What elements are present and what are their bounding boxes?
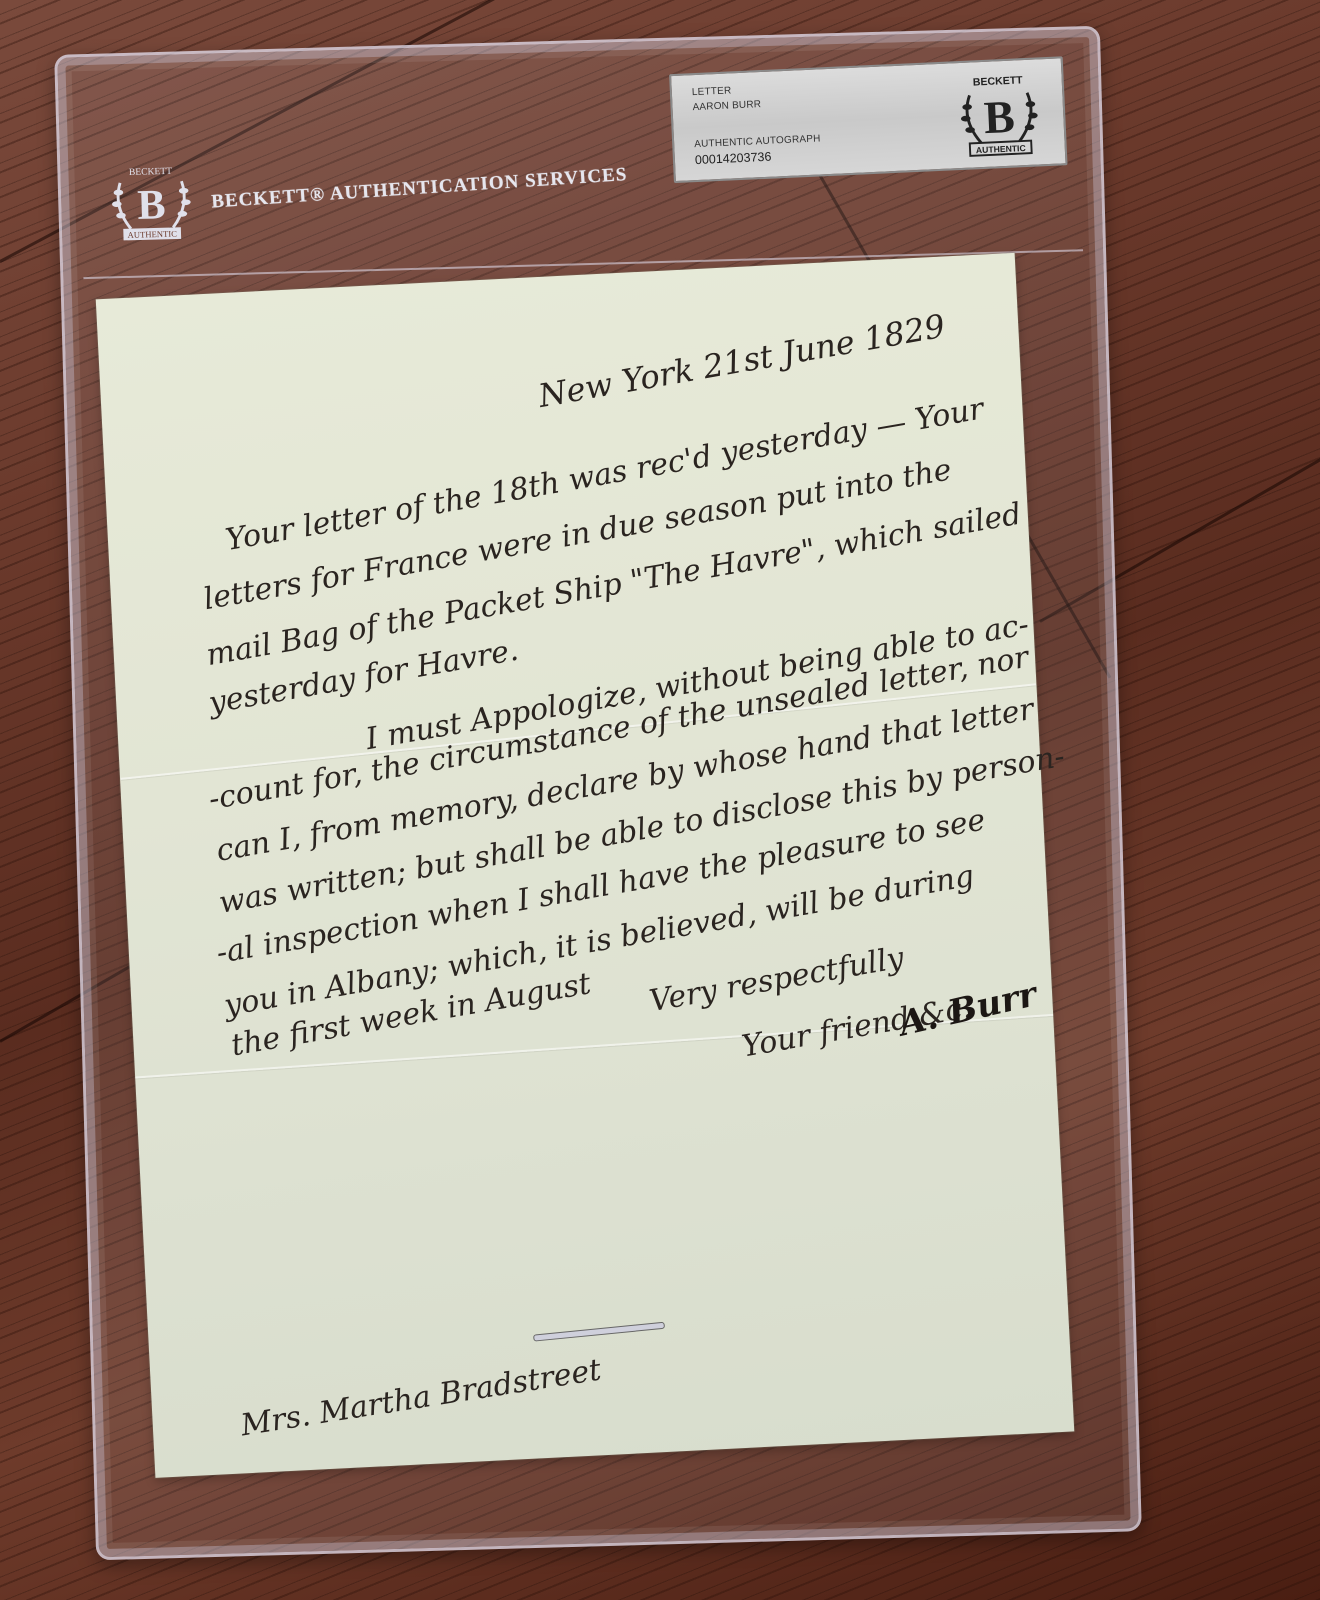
- label-subject: AARON BURR: [692, 99, 761, 113]
- svg-text:BECKETT: BECKETT: [973, 74, 1024, 88]
- label-cert-number: 00014203736: [695, 150, 772, 167]
- certification-label: LETTER AARON BURR AUTHENTIC AUTOGRAPH 00…: [669, 56, 1068, 183]
- label-grade-text: AUTHENTIC AUTOGRAPH: [694, 133, 821, 150]
- letter-paper: New York 21st June 1829 Your letter of t…: [96, 253, 1075, 1478]
- authentication-slab: BECKETT B AUTHENTIC BECKETT® AUTHENTICAT…: [54, 26, 1142, 1561]
- label-item-type: LETTER: [692, 85, 732, 98]
- beckett-authentic-logo-icon: BECKETT B AUTHENTIC: [102, 152, 201, 251]
- letter-signature: A. Burr: [896, 974, 1041, 1044]
- svg-text:B: B: [983, 91, 1016, 143]
- letter-addressee: Mrs. Martha Bradstreet: [238, 1352, 603, 1443]
- letter-dateline: New York 21st June 1829: [536, 307, 948, 415]
- svg-text:BECKETT: BECKETT: [129, 166, 173, 178]
- svg-text:AUTHENTIC: AUTHENTIC: [127, 229, 177, 240]
- svg-text:B: B: [137, 181, 166, 229]
- beckett-authentic-seal-icon: BECKETT B AUTHENTIC: [949, 63, 1049, 163]
- holder-header-text: BECKETT® AUTHENTICATION SERVICES: [211, 164, 628, 214]
